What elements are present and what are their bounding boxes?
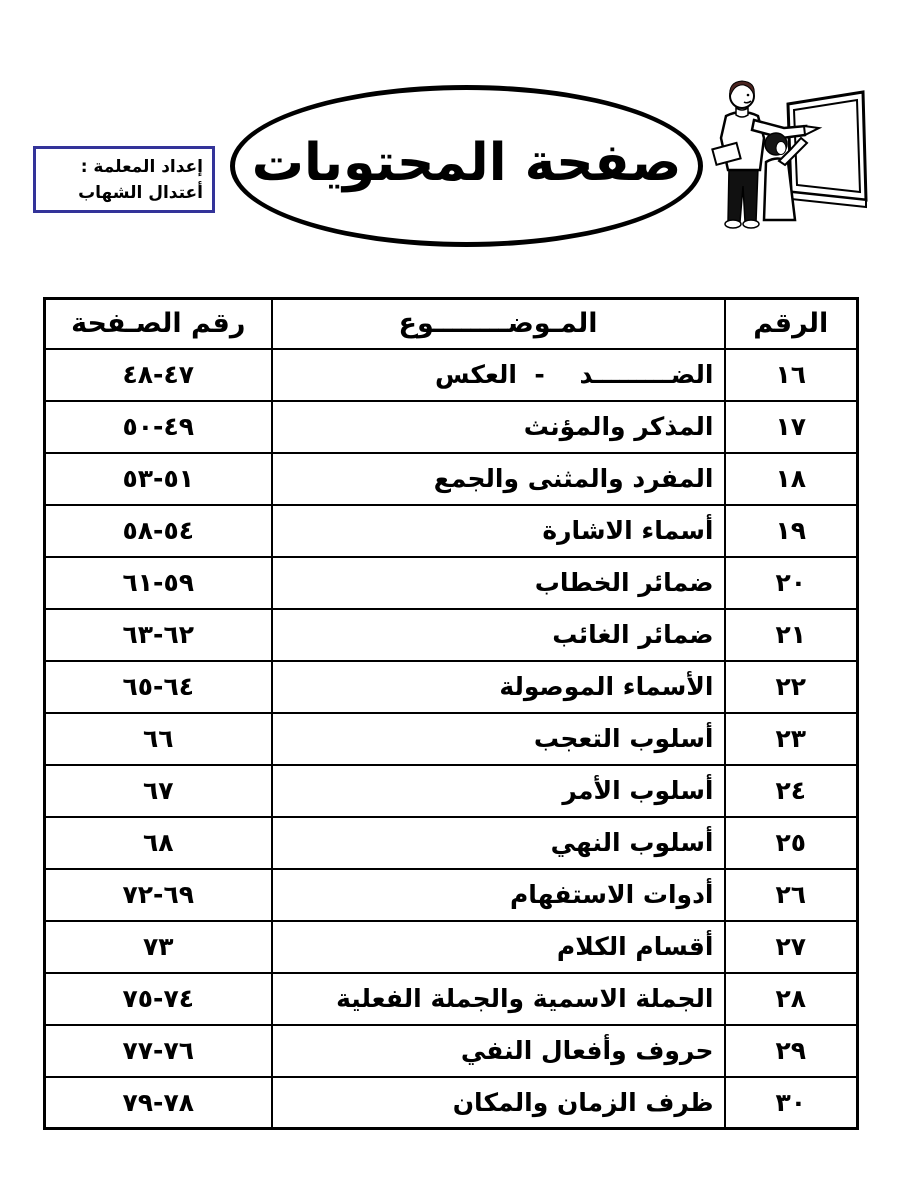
- row-subject-cell: أسلوب الأمر: [272, 765, 725, 817]
- row-subject-cell: المفرد والمثنى والجمع: [272, 453, 725, 505]
- column-header-pages: رقم الصـفحة: [45, 299, 272, 349]
- row-subject-cell: أدوات الاستفهام: [272, 869, 725, 921]
- credit-line-2: أعتدال الشهاب: [41, 180, 203, 206]
- row-pages-cell: ٥١-٥٣: [45, 453, 272, 505]
- table-row: ١٧ المذكر والمؤنث ٤٩-٥٠: [45, 401, 858, 453]
- teacher-eye: [747, 94, 750, 97]
- whiteboard-scene-icon: [688, 70, 878, 238]
- row-number-cell: ١٩: [725, 505, 858, 557]
- row-pages-cell: ٥٤-٥٨: [45, 505, 272, 557]
- teacher-shoe: [743, 220, 759, 228]
- row-number-cell: ٢٢: [725, 661, 858, 713]
- table-row: ٢٠ ضمائر الخطاب ٥٩-٦١: [45, 557, 858, 609]
- row-pages-cell: ٧٦-٧٧: [45, 1025, 272, 1077]
- table-row: ٣٠ ظرف الزمان والمكان ٧٨-٧٩: [45, 1077, 858, 1129]
- row-number-cell: ٢٨: [725, 973, 858, 1025]
- row-subject-cell: أسلوب التعجب: [272, 713, 725, 765]
- row-subject-cell: ظرف الزمان والمكان: [272, 1077, 725, 1129]
- table-row: ٢٦ أدوات الاستفهام ٦٩-٧٢: [45, 869, 858, 921]
- teacher-shoe: [725, 220, 741, 228]
- row-number-cell: ١٦: [725, 349, 858, 401]
- table-row: ٢٤ أسلوب الأمر ٦٧: [45, 765, 858, 817]
- row-subject-cell: حروف وأفعال النفي: [272, 1025, 725, 1077]
- table-row: ٢٧ أقسام الكلام ٧٣: [45, 921, 858, 973]
- teacher-pants: [728, 168, 758, 222]
- row-number-cell: ٢٤: [725, 765, 858, 817]
- row-subject-cell: المذكر والمؤنث: [272, 401, 725, 453]
- contents-table: الرقم المـوضــــــــوع رقم الصـفحة ١٦ ال…: [43, 297, 859, 1130]
- row-number-cell: ٢٧: [725, 921, 858, 973]
- table-row: ٢١ ضمائر الغائب ٦٢-٦٣: [45, 609, 858, 661]
- row-pages-cell: ٧٣: [45, 921, 272, 973]
- page-title: صفحة المحتويات: [252, 133, 682, 199]
- row-number-cell: ٢٦: [725, 869, 858, 921]
- table-row: ٢٥ أسلوب النهي ٦٨: [45, 817, 858, 869]
- row-pages-cell: ٤٩-٥٠: [45, 401, 272, 453]
- row-pages-cell: ٧٤-٧٥: [45, 973, 272, 1025]
- child-face: [776, 142, 786, 155]
- row-subject-cell: أقسام الكلام: [272, 921, 725, 973]
- table-header-row: الرقم المـوضــــــــوع رقم الصـفحة: [45, 299, 858, 349]
- table-row: ٢٢ الأسماء الموصولة ٦٤-٦٥: [45, 661, 858, 713]
- contents-page: إعداد المعلمة : أعتدال الشهاب صفحة المحت…: [0, 0, 900, 1200]
- table-row: ٢٣ أسلوب التعجب ٦٦: [45, 713, 858, 765]
- row-subject-cell: أسلوب النهي: [272, 817, 725, 869]
- row-number-cell: ٣٠: [725, 1077, 858, 1129]
- row-pages-cell: ٦٨: [45, 817, 272, 869]
- table-row: ٢٩ حروف وأفعال النفي ٧٦-٧٧: [45, 1025, 858, 1077]
- row-pages-cell: ٤٧-٤٨: [45, 349, 272, 401]
- column-header-number: الرقم: [725, 299, 858, 349]
- table-row: ١٩ أسماء الاشارة ٥٤-٥٨: [45, 505, 858, 557]
- row-number-cell: ٢٩: [725, 1025, 858, 1077]
- row-number-cell: ٢١: [725, 609, 858, 661]
- row-subject-cell: ضمائر الخطاب: [272, 557, 725, 609]
- row-pages-cell: ٥٩-٦١: [45, 557, 272, 609]
- teacher-credit-box: إعداد المعلمة : أعتدال الشهاب: [33, 146, 215, 213]
- row-number-cell: ٢٣: [725, 713, 858, 765]
- credit-line-1: إعداد المعلمة :: [41, 154, 203, 180]
- row-subject-cell: أسماء الاشارة: [272, 505, 725, 557]
- row-pages-cell: ٦٩-٧٢: [45, 869, 272, 921]
- teacher-student-whiteboard-illustration: [688, 70, 878, 238]
- row-subject-cell: الضـــــــــد - العكس: [272, 349, 725, 401]
- row-number-cell: ٢٠: [725, 557, 858, 609]
- row-pages-cell: ٦٧: [45, 765, 272, 817]
- row-pages-cell: ٦٢-٦٣: [45, 609, 272, 661]
- table-row: ١٦ الضـــــــــد - العكس ٤٧-٤٨: [45, 349, 858, 401]
- row-number-cell: ٢٥: [725, 817, 858, 869]
- row-subject-cell: الأسماء الموصولة: [272, 661, 725, 713]
- row-subject-cell: الجملة الاسمية والجملة الفعلية: [272, 973, 725, 1025]
- row-pages-cell: ٧٨-٧٩: [45, 1077, 272, 1129]
- row-subject-cell: ضمائر الغائب: [272, 609, 725, 661]
- column-header-subject: المـوضــــــــوع: [272, 299, 725, 349]
- row-number-cell: ١٨: [725, 453, 858, 505]
- row-pages-cell: ٦٤-٦٥: [45, 661, 272, 713]
- page-title-ellipse: صفحة المحتويات: [230, 85, 703, 247]
- table-row: ١٨ المفرد والمثنى والجمع ٥١-٥٣: [45, 453, 858, 505]
- table-row: ٢٨ الجملة الاسمية والجملة الفعلية ٧٤-٧٥: [45, 973, 858, 1025]
- teacher-collar: [736, 108, 748, 117]
- row-number-cell: ١٧: [725, 401, 858, 453]
- row-pages-cell: ٦٦: [45, 713, 272, 765]
